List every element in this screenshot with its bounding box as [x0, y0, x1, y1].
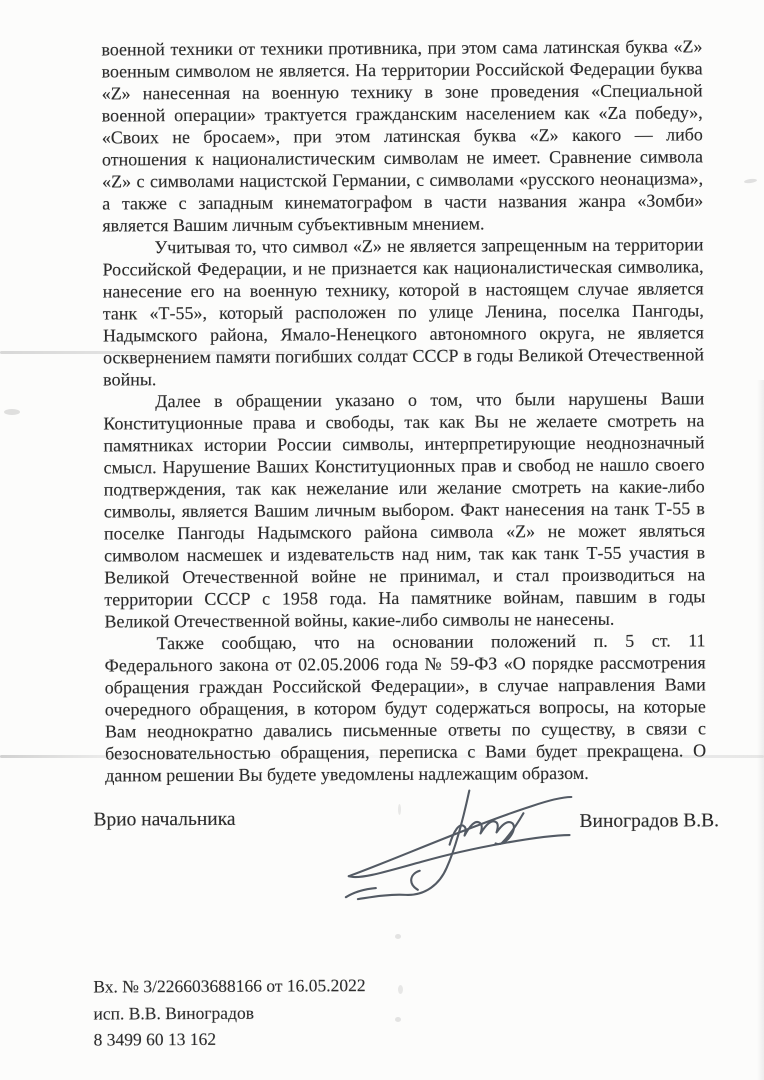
signoff-position-title: Врио начальника [93, 809, 235, 832]
scanned-letter-page: военной техники от техники противника, п… [0, 0, 764, 1080]
footer-line: исп. В.В. Виноградов [93, 999, 365, 1027]
text-line: Далее в обращении указано о том, что был… [103, 387, 704, 412]
paragraph: Учитывая то, что символ «Z» не является … [102, 233, 704, 390]
text-line: танк «Т-55», который расположен по улице… [103, 299, 704, 324]
text-line: «Z» нанесенная на военную технику в зоне… [102, 79, 703, 104]
text-line: «Своих не бросаем», при этом латинская б… [102, 123, 703, 148]
text-line: символы, является Вашим личным выбором. … [104, 497, 705, 522]
signature-strokes [345, 790, 572, 899]
text-line: памятниках истории России символы, интер… [103, 431, 704, 456]
paragraph: военной техники от техники противника, п… [101, 35, 703, 236]
signature-image [331, 779, 592, 910]
text-line: отношения к националистическим символам … [102, 145, 703, 170]
signoff-signatory-name: Виноградов В.В. [579, 810, 719, 833]
text-line: подтверждения, так как нежелание или жел… [104, 475, 705, 500]
text-line: осквернением памяти погибших солдат СССР… [103, 343, 704, 368]
text-line: очередного обращения, в котором будут со… [105, 695, 706, 720]
text-line: военной операции» трактуется гражданским… [102, 101, 703, 126]
text-line: символом насмешек и издевательств над ни… [104, 541, 705, 566]
text-line: поселке Пангоды Надымского района символ… [104, 519, 705, 544]
text-line: безосновательностью обращения, переписка… [105, 739, 706, 764]
paragraph: Также сообщаю, что на основании положени… [104, 629, 706, 786]
text-line: Великой Отечественной войны, какие-либо … [104, 607, 705, 632]
paragraph: Далее в обращении указано о том, что был… [103, 387, 705, 632]
text-line: Федерального закона от 02.05.2006 года №… [105, 651, 706, 676]
text-line: войны. [103, 365, 704, 390]
footer-line: Вх. № 3/226603688166 от 16.05.2022 [93, 972, 365, 1000]
text-line: смысл. Нарушение Ваших Конституционных п… [104, 453, 705, 478]
text-line: Великой Отечественной войне не принимал,… [104, 563, 705, 588]
text-line: является Вашим личным субъективным мнени… [102, 211, 703, 236]
text-line: обращения граждан Российской Федерации»,… [105, 673, 706, 698]
text-line: «Z» с символами нацистской Германии, с с… [102, 167, 703, 192]
text-line: Российской Федерации, и не признается ка… [103, 255, 704, 280]
text-line: нанесение его на военную технику, которо… [103, 277, 704, 302]
text-line: Также сообщаю, что на основании положени… [104, 629, 705, 654]
text-line: Вам неоднократно давались письменные отв… [105, 717, 706, 742]
text-line: военной техники от техники противника, п… [101, 35, 702, 60]
footer-line: 8 3499 60 13 162 [94, 1025, 366, 1053]
text-line: территории СССР с 1958 года. На памятник… [104, 585, 705, 610]
text-line: Надымского района, Ямало-Ненецкого автон… [103, 321, 704, 346]
text-line: военным символом не является. На террито… [101, 57, 702, 82]
text-line: Учитывая то, что символ «Z» не является … [102, 233, 703, 258]
text-line: а также с западным кинематографом в част… [102, 189, 703, 214]
registration-footer: Вх. № 3/226603688166 от 16.05.2022исп. В… [93, 972, 366, 1053]
text-line: Конституционные права и свободы, так как… [103, 409, 704, 434]
letter-body: военной техники от техники противника, п… [101, 35, 706, 786]
